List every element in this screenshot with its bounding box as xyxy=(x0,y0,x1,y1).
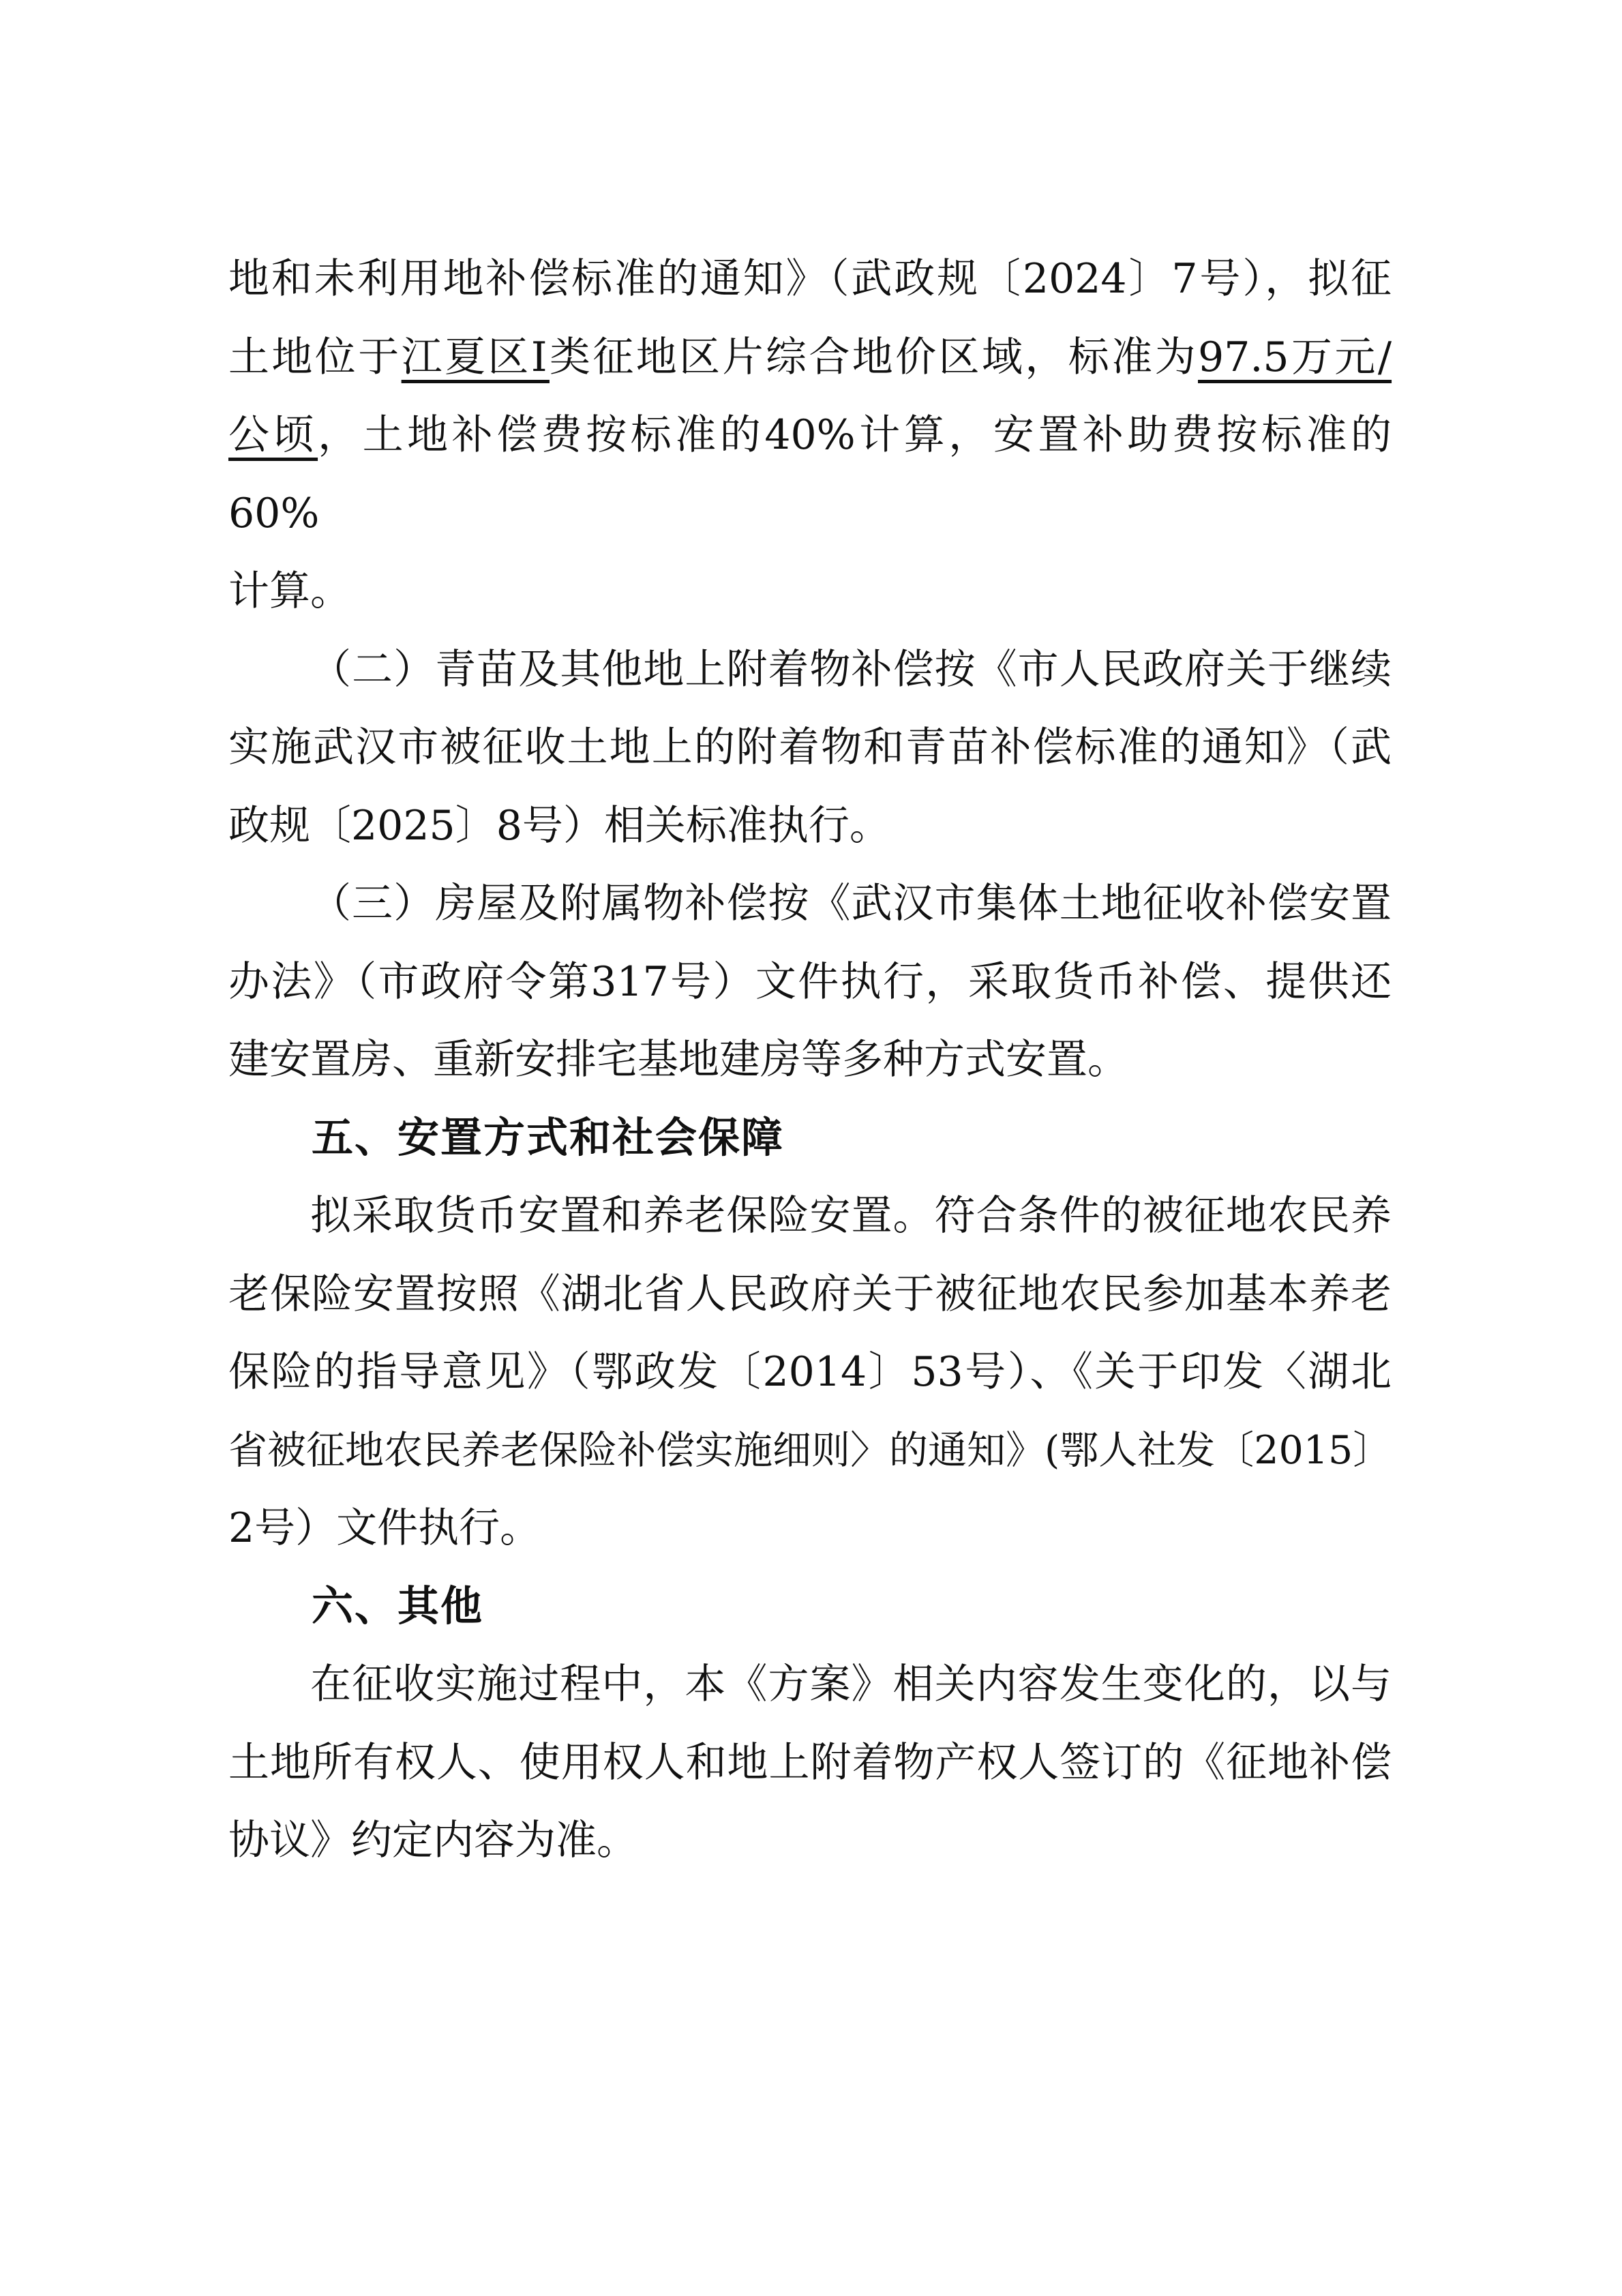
text-line: 地和未利用地补偿标准的通知》（武政规〔2024〕7号），拟征 xyxy=(228,240,1392,318)
underlined-text: 公顷 xyxy=(228,411,318,459)
text-segment: 拟采取货币安置和养老保险安置。符合条件的被征地农民养 xyxy=(310,1192,1392,1240)
text-segment: 五、安置方式和社会保障 xyxy=(312,1114,784,1162)
text-line: 办法》（市政府令第317号）文件执行，采取货币补偿、提供还 xyxy=(228,943,1392,1022)
section-heading: 五、安置方式和社会保障 xyxy=(228,1099,1392,1178)
text-segment: 省被征地农民养老保险补偿实施细则〉的通知》(鄂人社发〔2015〕 xyxy=(228,1428,1392,1473)
text-line: 政规〔2025〕8号）相关标准执行。 xyxy=(228,787,1392,865)
underlined-text: 江夏区Ⅰ xyxy=(402,333,550,381)
text-segment: 计算。 xyxy=(228,567,351,615)
text-segment: 协议》约定内容为准。 xyxy=(228,1817,637,1864)
text-segment: 在征收实施过程中，本《方案》相关内容发生变化的，以与 xyxy=(310,1660,1392,1708)
text-segment: 保险的指导意见》（鄂政发〔2014〕53号）、《关于印发〈湖北 xyxy=(228,1348,1392,1396)
text-segment: 办法》（市政府令第317号）文件执行，采取货币补偿、提供还 xyxy=(228,958,1392,1006)
text-segment: 老保险安置按照《湖北省人民政府关于被征地农民参加基本养老 xyxy=(228,1270,1392,1318)
text-line: 拟采取货币安置和养老保险安置。符合条件的被征地农民养 xyxy=(228,1177,1392,1255)
text-line: 2号）文件执行。 xyxy=(228,1489,1392,1568)
text-line: 老保险安置按照《湖北省人民政府关于被征地农民参加基本养老 xyxy=(228,1255,1392,1334)
document-page: 地和未利用地补偿标准的通知》（武政规〔2024〕7号），拟征土地位于江夏区Ⅰ类征… xyxy=(0,0,1622,2296)
document-body: 地和未利用地补偿标准的通知》（武政规〔2024〕7号），拟征土地位于江夏区Ⅰ类征… xyxy=(228,240,1392,1880)
text-line: 协议》约定内容为准。 xyxy=(228,1802,1392,1880)
text-line: 计算。 xyxy=(228,552,1392,631)
text-line: 省被征地农民养老保险补偿实施细则〉的通知》(鄂人社发〔2015〕 xyxy=(228,1412,1392,1490)
text-segment: 类征地区片综合地价区域，标准为 xyxy=(550,333,1198,381)
text-segment: 建安置房、重新安排宅基地建房等多种方式安置。 xyxy=(228,1036,1128,1084)
text-segment: 土地位于 xyxy=(228,333,402,381)
text-line: 实施武汉市被征收土地上的附着物和青苗补偿标准的通知》（武 xyxy=(228,709,1392,787)
text-segment: 六、其他 xyxy=(312,1582,483,1630)
text-segment: （二）青苗及其他地上附着物补偿按《市人民政府关于继续 xyxy=(310,646,1392,694)
text-line: （三）房屋及附属物补偿按《武汉市集体土地征收补偿安置 xyxy=(228,865,1392,943)
text-segment: 政规〔2025〕8号）相关标准执行。 xyxy=(228,802,890,850)
text-line: 在征收实施过程中，本《方案》相关内容发生变化的，以与 xyxy=(228,1645,1392,1724)
text-segment: 2号）文件执行。 xyxy=(228,1504,541,1552)
underlined-text: 97.5万元/ xyxy=(1198,333,1392,381)
text-segment: （三）房屋及附属物补偿按《武汉市集体土地征收补偿安置 xyxy=(310,880,1392,927)
text-line: 土地位于江夏区Ⅰ类征地区片综合地价区域，标准为97.5万元/ xyxy=(228,318,1392,397)
text-line: 建安置房、重新安排宅基地建房等多种方式安置。 xyxy=(228,1021,1392,1099)
section-heading: 六、其他 xyxy=(228,1568,1392,1646)
text-line: 土地所有权人、使用权人和地上附着物产权人签订的《征地补偿 xyxy=(228,1724,1392,1802)
text-line: 保险的指导意见》（鄂政发〔2014〕53号）、《关于印发〈湖北 xyxy=(228,1333,1392,1412)
text-segment: 地和未利用地补偿标准的通知》（武政规〔2024〕7号），拟征 xyxy=(228,255,1392,303)
text-segment: 土地所有权人、使用权人和地上附着物产权人签订的《征地补偿 xyxy=(228,1739,1392,1787)
text-line: 公顷，土地补偿费按标准的40%计算，安置补助费按标准的60% xyxy=(228,396,1392,552)
text-segment: 实施武汉市被征收土地上的附着物和青苗补偿标准的通知》（武 xyxy=(228,724,1392,771)
text-segment: ，土地补偿费按标准的40%计算，安置补助费按标准的60% xyxy=(228,411,1392,537)
text-line: （二）青苗及其他地上附着物补偿按《市人民政府关于继续 xyxy=(228,631,1392,709)
